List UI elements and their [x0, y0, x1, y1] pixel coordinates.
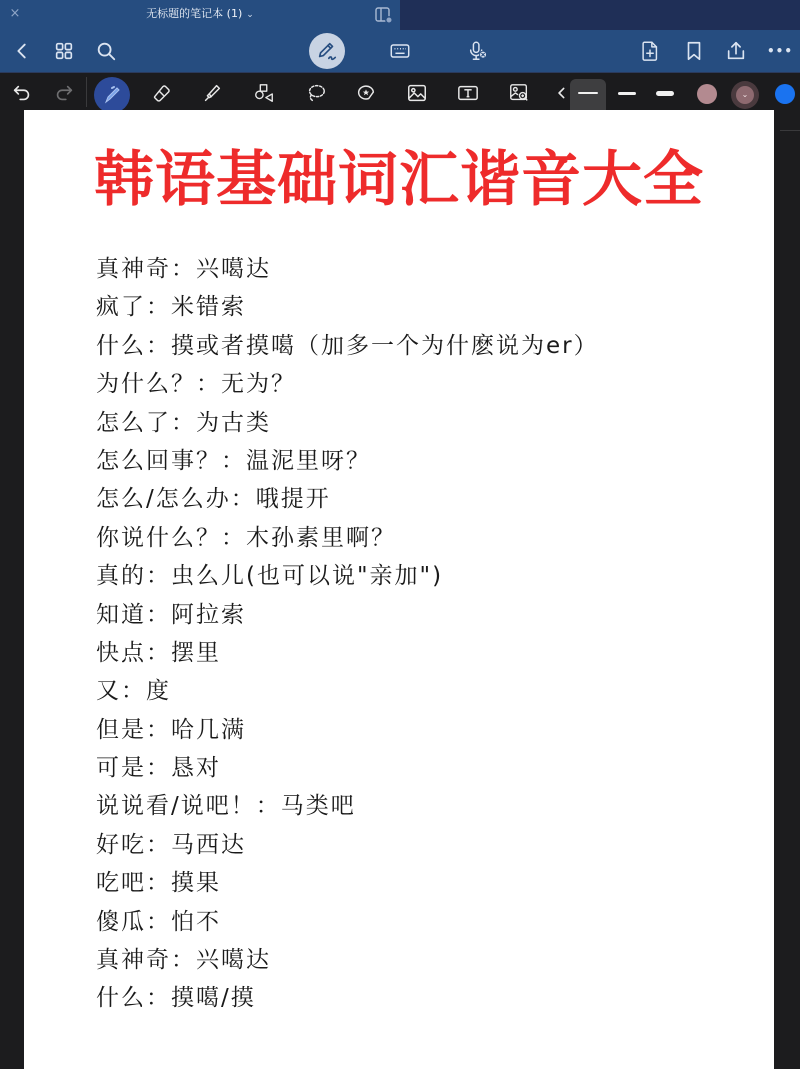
- back-icon[interactable]: [10, 39, 34, 63]
- undo-icon[interactable]: [10, 81, 34, 105]
- nav-bar: •••: [0, 30, 800, 72]
- thickness-thin-option[interactable]: [570, 79, 606, 111]
- list-item: 傻瓜：怕不: [96, 903, 599, 941]
- mic-off-icon[interactable]: [466, 39, 490, 63]
- list-item: 你说什么？：木孙素里啊？: [96, 519, 599, 557]
- list-item: 快点：摆里: [96, 634, 599, 672]
- thin-line-swatch: [578, 92, 598, 94]
- list-item: 什么：摸或者摸噶（加多一个为什麽说为er）: [96, 327, 599, 365]
- list-item: 真的：虫么儿(也可以说"亲加"): [96, 557, 599, 595]
- chevron-down-icon[interactable]: ⌄: [246, 7, 254, 23]
- pen-tool-button[interactable]: [94, 77, 130, 113]
- list-item: 说说看/说吧！：马类吧: [96, 787, 599, 825]
- vocabulary-list: 真神奇：兴噶达 疯了：米错索 什么：摸或者摸噶（加多一个为什麽说为er） 为什么…: [96, 250, 599, 1018]
- pen-write-icon: [316, 40, 338, 62]
- list-item: 真神奇：兴噶达: [96, 941, 599, 979]
- redo-icon[interactable]: [52, 81, 76, 105]
- page-title: 韩语基础词汇谐音大全: [24, 144, 774, 216]
- tab-bar: × 无标题的笔记本 (1)⌄: [0, 0, 800, 30]
- tab-title-text: 无标题的笔记本 (1): [146, 7, 242, 20]
- search-icon[interactable]: [94, 39, 118, 63]
- add-page-icon[interactable]: [638, 39, 662, 63]
- thickness-medium-option[interactable]: [618, 92, 636, 95]
- split-view-icon[interactable]: [374, 5, 394, 25]
- color-swatch-3[interactable]: [775, 84, 795, 104]
- highlighter-icon[interactable]: [200, 81, 224, 105]
- list-item: 知道：阿拉索: [96, 596, 599, 634]
- grid-icon[interactable]: [52, 39, 76, 63]
- color-swatch-1[interactable]: [697, 84, 717, 104]
- pen-icon: [100, 83, 124, 107]
- note-page[interactable]: 韩语基础词汇谐音大全 真神奇：兴噶达 疯了：米错索 什么：摸或者摸噶（加多一个为…: [24, 110, 774, 1069]
- chevron-down-icon: ⌄: [736, 86, 754, 104]
- list-item: 真神奇：兴噶达: [96, 250, 599, 288]
- thickness-thick-option[interactable]: [656, 91, 674, 96]
- eraser-icon[interactable]: [150, 81, 174, 105]
- list-item: 好吃：马西达: [96, 826, 599, 864]
- collapse-tools-icon[interactable]: [552, 81, 568, 105]
- bookmark-icon[interactable]: [682, 39, 706, 63]
- list-item: 吃吧：摸果: [96, 864, 599, 902]
- toolbar-divider: [86, 77, 87, 107]
- list-item: 怎么回事？：温泥里呀？: [96, 442, 599, 480]
- image-icon[interactable]: [405, 81, 429, 105]
- sticker-icon[interactable]: [354, 81, 378, 105]
- pen-mode-button[interactable]: [309, 33, 345, 69]
- keyboard-icon[interactable]: [388, 39, 412, 63]
- list-item: 怎么/怎么办：哦提开: [96, 480, 599, 518]
- list-item: 为什么？：无为？: [96, 365, 599, 403]
- share-icon[interactable]: [724, 39, 748, 63]
- more-icon[interactable]: •••: [768, 39, 792, 63]
- list-item: 但是：哈几满: [96, 711, 599, 749]
- image-search-icon[interactable]: [507, 81, 531, 105]
- list-item: 什么：摸噶/摸: [96, 979, 599, 1017]
- lasso-icon[interactable]: [304, 81, 328, 105]
- list-item: 可是：恳对: [96, 749, 599, 787]
- list-item: 怎么了：为古类: [96, 404, 599, 442]
- list-item: 疯了：米错索: [96, 288, 599, 326]
- shapes-icon[interactable]: [252, 81, 276, 105]
- text-box-icon[interactable]: [456, 81, 480, 105]
- note-canvas: 韩语基础词汇谐音大全 真神奇：兴噶达 疯了：米错索 什么：摸或者摸噶（加多一个为…: [0, 110, 800, 1069]
- list-item: 又：度: [96, 672, 599, 710]
- drawing-toolbar: ⌄: [0, 72, 800, 110]
- tab-notebook[interactable]: × 无标题的笔记本 (1)⌄: [0, 0, 400, 30]
- color-swatch-2[interactable]: ⌄: [731, 81, 759, 109]
- canvas-divider: [780, 130, 800, 131]
- tab-title[interactable]: 无标题的笔记本 (1)⌄: [0, 6, 400, 23]
